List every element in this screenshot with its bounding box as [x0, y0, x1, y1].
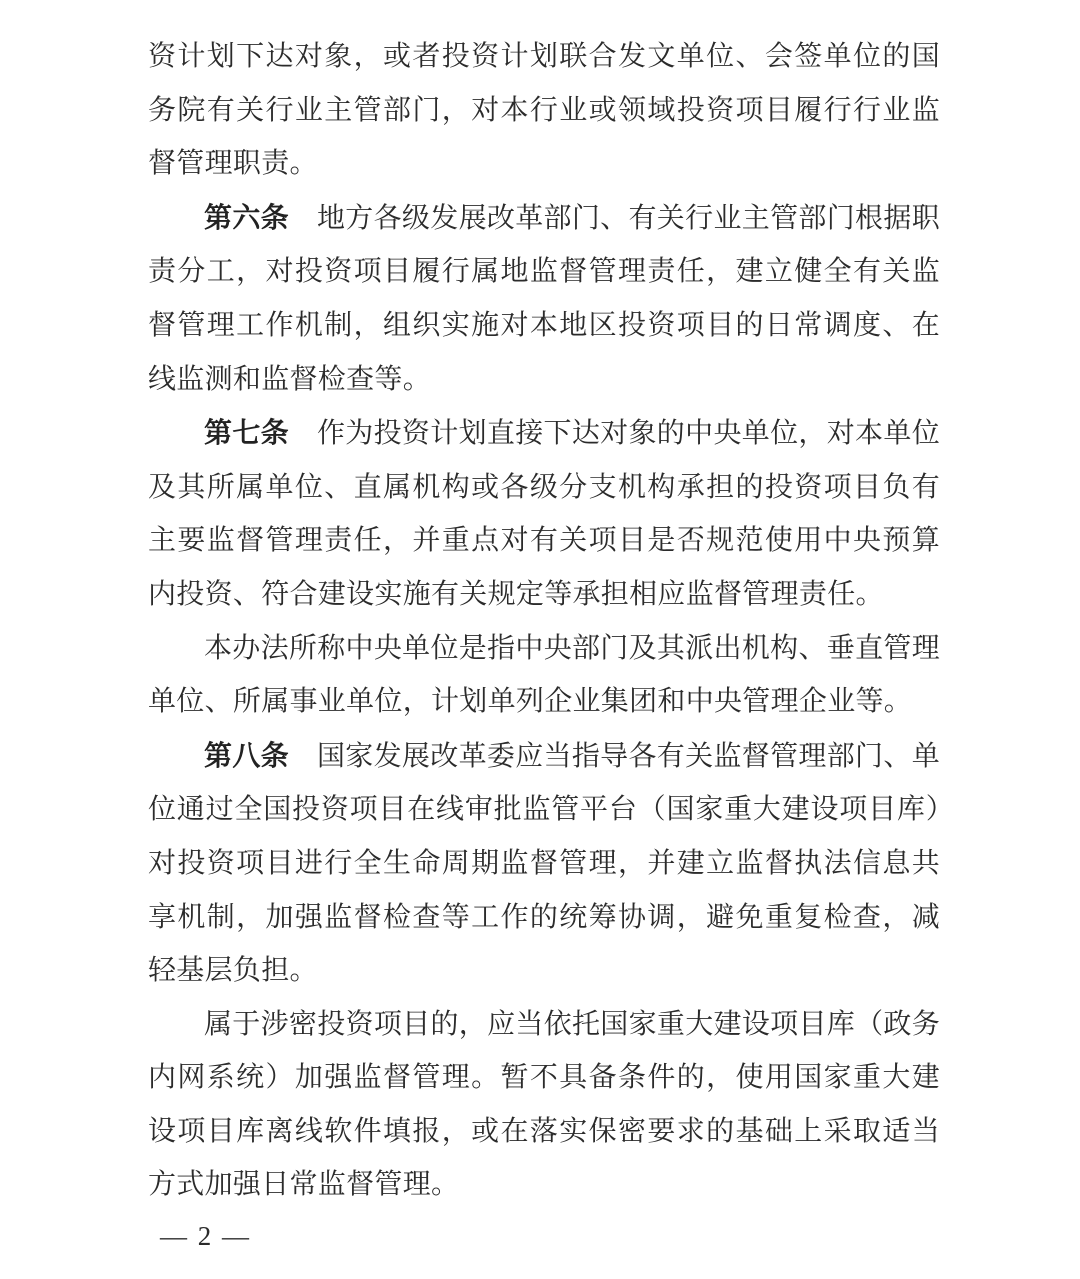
paragraph-central-units-definition: 本办法所称中央单位是指中央部门及其派出机构、垂直管理单位、所属事业单位，计划单列…: [148, 622, 940, 729]
document-page: 资计划下达对象，或者投资计划联合发文单位、会签单位的国务院有关行业主管部门，对本…: [0, 0, 1080, 1279]
document-body: 资计划下达对象，或者投资计划联合发文单位、会签单位的国务院有关行业主管部门，对本…: [148, 30, 940, 1212]
page-number: — 2 —: [160, 1210, 251, 1264]
paragraph-classified-projects: 属于涉密投资项目的，应当依托国家重大建设项目库（政务内网系统）加强监督管理。暂不…: [148, 998, 940, 1212]
paragraph-article-8: 第八条国家发展改革委应当指导各有关监督管理部门、单位通过全国投资项目在线审批监管…: [148, 729, 940, 998]
paragraph-continuation-text: 资计划下达对象，或者投资计划联合发文单位、会签单位的国务院有关行业主管部门，对本…: [148, 41, 940, 179]
article-7-label: 第七条: [204, 417, 289, 448]
paragraph-central-units-definition-text: 本办法所称中央单位是指中央部门及其派出机构、垂直管理单位、所属事业单位，计划单列…: [148, 633, 940, 718]
article-8-label: 第八条: [204, 740, 289, 771]
paragraph-article-6: 第六条地方各级发展改革部门、有关行业主管部门根据职责分工，对投资项目履行属地监督…: [148, 191, 940, 406]
paragraph-classified-projects-text: 属于涉密投资项目的，应当依托国家重大建设项目库（政务内网系统）加强监督管理。暂不…: [148, 1009, 940, 1201]
article-6-label: 第六条: [204, 202, 289, 233]
paragraph-continuation: 资计划下达对象，或者投资计划联合发文单位、会签单位的国务院有关行业主管部门，对本…: [148, 30, 940, 191]
paragraph-article-7: 第七条作为投资计划直接下达对象的中央单位，对本单位及其所属单位、直属机构或各级分…: [148, 406, 940, 621]
article-8-text: 国家发展改革委应当指导各有关监督管理部门、单位通过全国投资项目在线审批监管平台（…: [148, 741, 940, 986]
